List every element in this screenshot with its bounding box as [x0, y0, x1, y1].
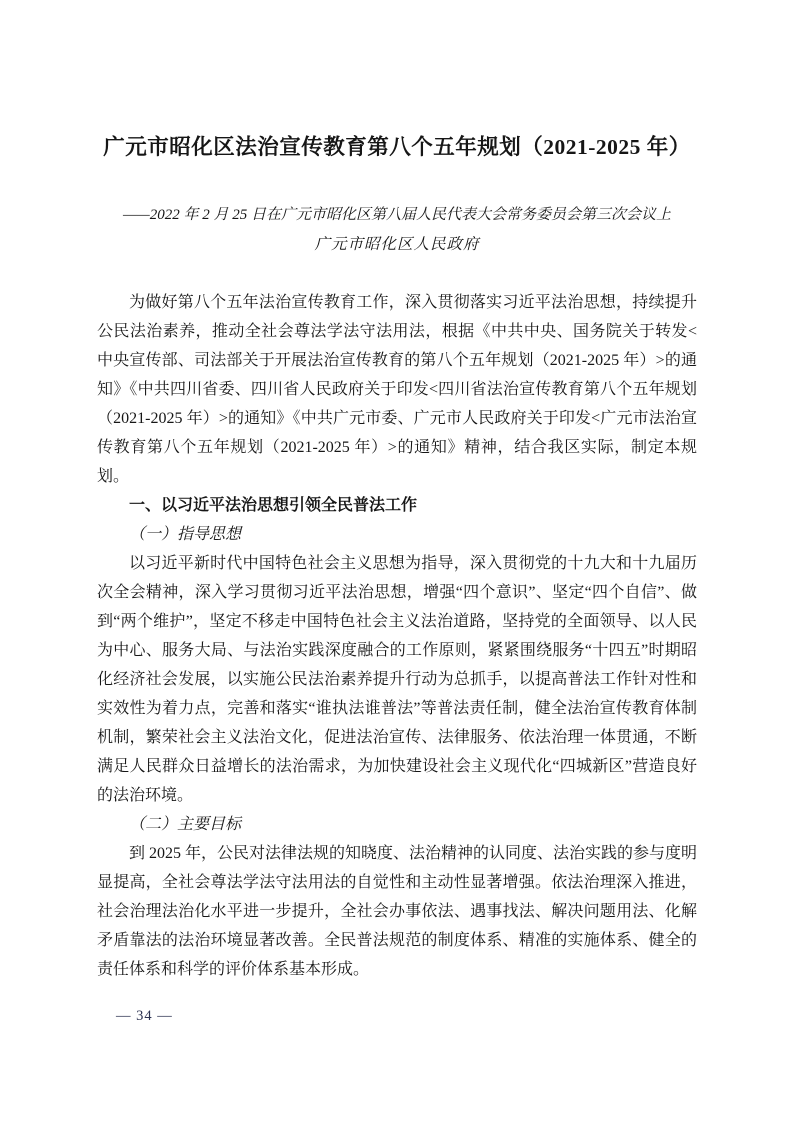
document-body: 为做好第八个五年法治宣传教育工作，深入贯彻落实习近平法治思想，持续提升公民法治素…	[97, 288, 697, 984]
document-page: 广元市昭化区法治宣传教育第八个五年规划（2021-2025 年） ——2022 …	[0, 0, 794, 1123]
sub-heading-main-goals: （二）主要目标	[97, 810, 697, 839]
page-number: — 34 —	[116, 1005, 173, 1027]
sub-heading-guiding-ideology: （一）指导思想	[97, 520, 697, 549]
paragraph-guiding-ideology: 以习近平新时代中国特色社会主义思想为指导，深入贯彻党的十九大和十九届历次全会精神…	[97, 549, 697, 810]
document-subtitle: ——2022 年 2 月 25 日在广元市昭化区第八届人民代表大会常务委员会第三…	[97, 200, 697, 230]
document-author-line: 广元市昭化区人民政府	[97, 230, 697, 260]
section-heading-1: 一、以习近平法治思想引领全民普法工作	[97, 491, 697, 520]
paragraph-main-goals: 到 2025 年，公民对法律法规的知晓度、法治精神的认同度、法治实践的参与度明显…	[97, 839, 697, 984]
document-title: 广元市昭化区法治宣传教育第八个五年规划（2021-2025 年）	[97, 130, 697, 164]
paragraph-introduction: 为做好第八个五年法治宣传教育工作，深入贯彻落实习近平法治思想，持续提升公民法治素…	[97, 288, 697, 491]
